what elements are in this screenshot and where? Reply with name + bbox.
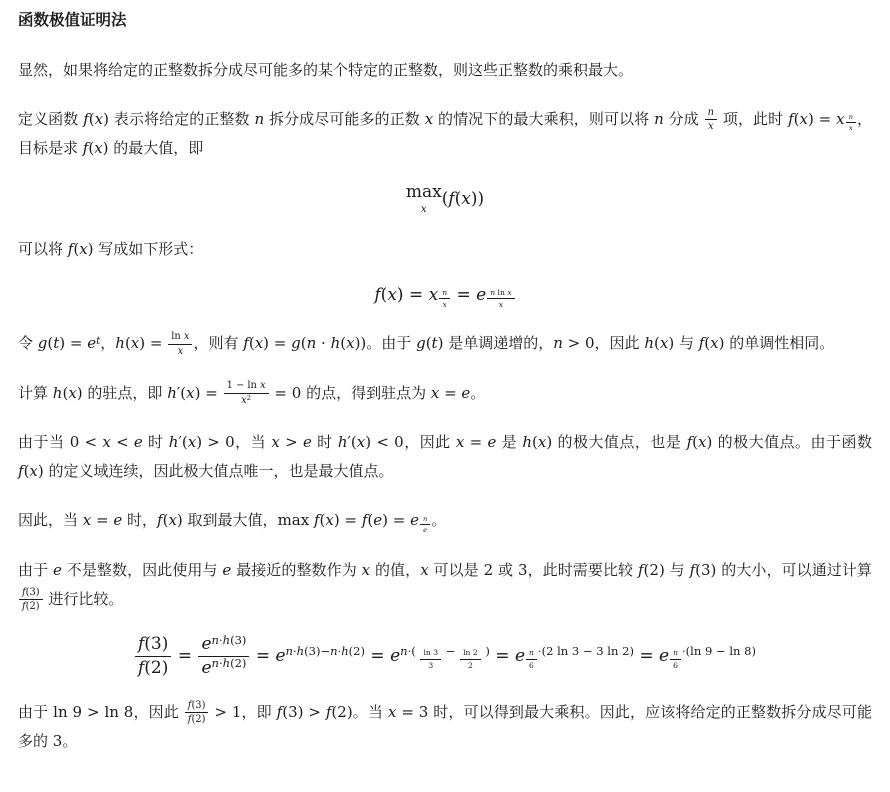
math-superscript: nx xyxy=(438,286,451,309)
text-run: 进行比较。 xyxy=(44,590,124,608)
math-token: ln 2 xyxy=(463,648,478,657)
inline-math: f(3) > f(2) xyxy=(277,703,353,721)
math-token: ln xyxy=(495,288,507,297)
text-run: 与 xyxy=(674,334,699,352)
math-token: (2) xyxy=(331,703,352,721)
inline-math: 3 xyxy=(53,732,63,750)
text-run: 可以是 xyxy=(429,561,484,579)
text-run: 计算 xyxy=(18,384,53,402)
math-superscript: n·h(2) xyxy=(212,658,247,670)
math-token: (2) xyxy=(26,601,40,612)
math-token: h xyxy=(341,644,348,658)
text-run: 定义函数 xyxy=(18,110,83,128)
fraction-numerator: f(3) xyxy=(19,587,43,601)
math-fraction: nx xyxy=(705,107,717,134)
fraction-numerator: en·h(3) xyxy=(198,634,249,656)
text-run: 显然，如果将给定的正整数拆分成尽可能多的某个特定的正整数，则这些正整数的乘积最大… xyxy=(18,61,633,79)
text-run: 或 xyxy=(493,561,518,579)
math-token: > 0 xyxy=(563,334,595,352)
math-token: > 1 xyxy=(209,703,241,721)
text-run: ，则有 xyxy=(193,334,243,352)
fraction-denominator: x2 xyxy=(241,394,251,407)
math-token: < xyxy=(111,433,134,451)
math-token: x xyxy=(168,511,176,529)
math-token: (2) xyxy=(644,561,665,579)
inline-math: h(x) = ln xx xyxy=(115,334,193,352)
inline-math: h′(x) > 0 xyxy=(169,433,235,451)
text-run: 最接近的整数作为 xyxy=(231,561,361,579)
fraction-denominator: x xyxy=(499,299,503,309)
math-token: = 0 xyxy=(270,384,302,402)
math-token: n xyxy=(307,334,317,352)
inline-math: 2 xyxy=(484,561,494,579)
text-run: 的值， xyxy=(370,561,420,579)
inline-math: h′(x) = 1 − ln xx2 = 0 xyxy=(167,384,301,402)
text-run: ，因此 xyxy=(133,703,183,721)
math-token: n xyxy=(849,113,853,121)
math-token: n xyxy=(286,644,293,658)
inline-math: f(3) xyxy=(690,561,717,579)
text-run: 与 xyxy=(665,561,690,579)
text-run: 的极大值点，也是 xyxy=(552,433,686,451)
math-fraction: n6 xyxy=(670,648,681,669)
math-token: e xyxy=(423,526,427,534)
math-token: x xyxy=(178,346,184,357)
math-token: = xyxy=(439,384,461,402)
math-token: e xyxy=(113,511,122,529)
math-token: x xyxy=(429,285,439,305)
math-token: 3 xyxy=(53,732,63,750)
math-token: x xyxy=(83,511,91,529)
math-token: ·(ln 9 − ln 8) xyxy=(682,644,756,658)
math-token: x xyxy=(68,384,76,402)
math-token: (3) > xyxy=(282,703,326,721)
math-token: 2 xyxy=(484,561,494,579)
inline-math: n xyxy=(654,110,664,128)
fraction-denominator: f(2) xyxy=(188,713,206,726)
math-superscript: nx xyxy=(845,112,857,132)
math-token: ) = xyxy=(59,334,87,352)
math-token: h xyxy=(223,656,230,670)
math-superscript: 2 xyxy=(247,395,251,402)
fraction-denominator: 2 xyxy=(468,660,473,670)
fraction-numerator: n xyxy=(420,515,430,525)
math-token: x xyxy=(507,288,511,297)
math-fraction: ln 33 xyxy=(420,648,441,669)
display-math: f(3)f(2) = en·h(3)en·h(2) = en·h(3)−n·h(… xyxy=(18,634,872,678)
math-token: e xyxy=(87,334,96,352)
text-run: 分成 xyxy=(664,110,704,128)
inline-math: f(2) xyxy=(638,561,665,579)
text-run: 时 xyxy=(143,433,169,451)
inline-math: g(t) xyxy=(416,334,443,352)
math-token: ) = xyxy=(334,511,362,529)
math-token: h xyxy=(115,334,125,352)
math-token: (3) xyxy=(144,634,168,654)
math-token: ) = xyxy=(397,285,429,305)
text-run: 拆分成尽可能多的正数 xyxy=(264,110,425,128)
math-token: ′( xyxy=(348,433,357,451)
math-token: e xyxy=(390,646,400,666)
text-run: 的大小，可以通过计算 xyxy=(716,561,872,579)
math-token: ) = xyxy=(195,384,223,402)
inline-math: max f(x) = f(e) = ene xyxy=(278,511,432,529)
math-token: 6 xyxy=(529,661,534,670)
math-token: (2) xyxy=(191,714,205,725)
inline-math: x = 3 xyxy=(388,703,428,721)
fraction-numerator: ln x xyxy=(168,331,192,345)
paragraph: 由于 e 不是整数，因此使用与 e 最接近的整数作为 x 的值，x 可以是 2 … xyxy=(18,556,872,615)
inline-math: n > 0 xyxy=(553,334,594,352)
math-token: = xyxy=(490,646,515,666)
inline-math: n xyxy=(254,110,264,128)
math-token: h xyxy=(297,644,304,658)
text-run: 由于 xyxy=(18,561,53,579)
math-token: n xyxy=(400,644,407,658)
fraction-numerator: n xyxy=(705,107,717,121)
math-token: x xyxy=(102,433,110,451)
math-token: = xyxy=(365,646,390,666)
math-token: h xyxy=(338,433,348,451)
math-token: n xyxy=(254,110,264,128)
math-superscript: n·h(3)−n·h(2) xyxy=(286,646,365,658)
math-token: )) xyxy=(471,189,484,209)
paragraph: 显然，如果将给定的正整数拆分成尽可能多的某个特定的正整数，则这些正整数的乘积最大… xyxy=(18,56,872,85)
math-token: 2 xyxy=(468,661,473,670)
inline-math: f(x) xyxy=(68,240,94,258)
math-token: e xyxy=(222,561,231,579)
math-token: (3)− xyxy=(304,644,330,658)
math-token: 2 xyxy=(247,394,251,402)
math-token: h xyxy=(167,384,177,402)
math-token: x xyxy=(94,139,102,157)
fraction-denominator: x xyxy=(178,345,184,358)
math-token: e xyxy=(275,646,285,666)
math-token: x xyxy=(387,285,397,305)
math-token: x xyxy=(799,110,807,128)
fraction-numerator: ln 3 xyxy=(420,648,441,659)
text-run: ，此时需要比较 xyxy=(527,561,638,579)
text-run: 取到最大值， xyxy=(183,511,278,529)
text-run: 由于 xyxy=(18,703,53,721)
math-token: ) = xyxy=(263,334,291,352)
inline-math: e xyxy=(222,561,231,579)
math-fraction: f(3)f(2) xyxy=(19,587,43,614)
document-body: 显然，如果将给定的正整数拆分成尽可能多的某个特定的正整数，则这些正整数的乘积最大… xyxy=(18,56,872,757)
math-token: > xyxy=(280,433,303,451)
fraction-denominator: f(2) xyxy=(22,600,40,613)
math-token: x xyxy=(836,110,844,128)
underset-subscript: x xyxy=(421,203,427,215)
inline-math: f(x) xyxy=(83,110,109,128)
math-token: e xyxy=(201,634,211,654)
paragraph: 因此，当 x = e 时，f(x) 取到最大值，max f(x) = f(e) … xyxy=(18,506,872,535)
math-token: = xyxy=(634,646,659,666)
math-fraction: ln xx xyxy=(168,331,192,358)
fraction-denominator: 3 xyxy=(428,660,433,670)
text-run: 时， xyxy=(122,511,157,529)
math-token: x xyxy=(184,331,190,342)
math-token: n xyxy=(654,110,664,128)
math-token: x xyxy=(79,240,87,258)
math-token: ′( xyxy=(178,433,187,451)
math-fraction: nx xyxy=(846,113,856,132)
math-token: e xyxy=(515,646,525,666)
math-token: e xyxy=(410,511,419,529)
math-superscript: n·h(3) xyxy=(212,635,247,647)
fraction-denominator: 6 xyxy=(673,660,678,670)
math-token: n xyxy=(330,644,337,658)
fraction-denominator: x xyxy=(708,120,714,133)
math-token: h xyxy=(169,433,179,451)
math-token: g xyxy=(38,334,48,352)
inline-math: f(x) xyxy=(18,462,44,480)
inline-math: 0 < x < e xyxy=(70,433,143,451)
inline-math: h(x) xyxy=(53,384,83,402)
math-token: e xyxy=(373,511,382,529)
math-token: x xyxy=(499,300,503,309)
inline-math: f(x) xyxy=(687,433,713,451)
math-token: x xyxy=(186,384,194,402)
inline-math: f(3)f(2) > 1 xyxy=(184,703,242,721)
math-fraction: nx xyxy=(439,288,450,309)
math-fraction: en·h(3)en·h(2) xyxy=(198,634,249,678)
math-token: h xyxy=(223,633,230,647)
math-token: x xyxy=(255,334,263,352)
text-run: 因此，当 xyxy=(18,511,83,529)
math-token: (3) xyxy=(191,700,205,711)
fraction-numerator: n xyxy=(439,288,450,299)
text-run: 项，此时 xyxy=(718,110,788,128)
math-superscript: n·( ln 33 − ln 22 ) xyxy=(400,646,490,669)
math-fraction: ln 22 xyxy=(460,648,481,669)
math-token: x xyxy=(271,433,279,451)
math-token: · xyxy=(316,334,330,352)
math-token: x xyxy=(425,110,433,128)
inline-math: nx xyxy=(704,110,718,128)
fraction-denominator: f(2) xyxy=(138,657,168,678)
math-token: ·(2 ln 3 − 3 ln 2) xyxy=(538,644,634,658)
math-token: x xyxy=(442,300,446,309)
math-token: ) = xyxy=(808,110,836,128)
fraction-denominator: x xyxy=(442,299,446,309)
paragraph: 可以将 f(x) 写成如下形式： xyxy=(18,235,872,264)
math-token: n xyxy=(442,288,447,297)
math-token: x xyxy=(346,334,354,352)
math-token: e xyxy=(201,658,211,678)
display-math: maxx(f(x)) xyxy=(18,183,872,215)
math-token: ) > 0 xyxy=(196,433,234,451)
math-superscript: ne xyxy=(419,514,431,534)
math-token: h xyxy=(644,334,654,352)
math-token: 6 xyxy=(673,661,678,670)
fraction-denominator: e xyxy=(423,525,427,534)
math-token: ) xyxy=(482,644,490,658)
math-token: (3) xyxy=(26,587,40,598)
math-token: = 3 xyxy=(396,703,428,721)
inline-math: e xyxy=(53,561,62,579)
text-run: ， xyxy=(100,334,115,352)
math-fraction: f(3)f(2) xyxy=(135,634,171,678)
inline-math: f(x) = g(n · h(x)) xyxy=(243,334,366,352)
math-expression: f(3)f(2) = en·h(3)en·h(2) = en·h(3)−n·h(… xyxy=(134,646,756,666)
document: 函数极值证明法 显然，如果将给定的正整数拆分成尽可能多的某个特定的正整数，则这些… xyxy=(0,0,890,792)
math-token: (2) xyxy=(144,658,168,678)
math-token: 1 − ln xyxy=(227,380,261,391)
math-token: g xyxy=(416,334,426,352)
paragraph: 定义函数 f(x) 表示将给定的正整数 n 拆分成尽可能多的正数 x 的情况下的… xyxy=(18,105,872,164)
fraction-numerator: 1 − ln x xyxy=(224,380,269,394)
fraction-numerator: f(3) xyxy=(185,700,209,714)
inline-math: f(x) xyxy=(83,139,109,157)
fraction-numerator: f(3) xyxy=(135,634,171,656)
inline-math: x = e xyxy=(83,511,122,529)
math-token: x xyxy=(461,189,471,209)
math-token: e xyxy=(476,285,486,305)
math-underset: maxx xyxy=(406,183,442,215)
math-token: = xyxy=(464,433,487,451)
math-token: 3 xyxy=(428,661,433,670)
paragraph: 令 g(t) = et，h(x) = ln xx，则有 f(x) = g(n ·… xyxy=(18,329,872,358)
math-token: = xyxy=(91,511,113,529)
math-token: x xyxy=(698,433,706,451)
paragraph: 由于 ln 9 > ln 8，因此 f(3)f(2) > 1，即 f(3) > … xyxy=(18,698,872,757)
text-run: ，因此 xyxy=(595,334,645,352)
inline-math: ln 9 > ln 8 xyxy=(53,703,133,721)
math-token: x xyxy=(362,561,370,579)
display-math: f(x) = xnx = en ln xx xyxy=(18,284,872,309)
math-superscript: n6·(2 ln 3 − 3 ln 2) xyxy=(525,646,634,669)
math-expression: f(x) = xnx = en ln xx xyxy=(374,285,515,305)
math-token: n xyxy=(212,656,219,670)
math-token: x xyxy=(131,334,139,352)
math-token: x xyxy=(325,511,333,529)
text-run: 的单调性相同。 xyxy=(724,334,834,352)
math-token: ) = xyxy=(139,334,167,352)
math-fraction: 1 − ln xx2 xyxy=(224,380,269,407)
math-token: x xyxy=(421,203,427,215)
math-token: n xyxy=(212,633,219,647)
text-run: ，因此 xyxy=(404,433,456,451)
inline-math: x > e xyxy=(271,433,311,451)
text-run: 的点，得到驻点为 xyxy=(301,384,431,402)
math-token: = xyxy=(451,285,476,305)
inline-math: x = e xyxy=(456,433,496,451)
fraction-denominator: x xyxy=(849,123,853,132)
math-token: (3) xyxy=(695,561,716,579)
math-token: ·( xyxy=(408,644,420,658)
math-token: g xyxy=(291,334,301,352)
inline-math: x = e xyxy=(431,384,470,402)
math-token: 0 < xyxy=(70,433,103,451)
math-expression: maxx(f(x)) xyxy=(406,189,484,209)
math-token: x xyxy=(260,380,266,391)
math-token: x xyxy=(708,121,714,132)
text-run: 的最大值，即 xyxy=(109,139,204,157)
inline-math: h(x) xyxy=(522,433,552,451)
text-run: 。 xyxy=(470,384,485,402)
math-token: n xyxy=(529,648,534,657)
text-run: 是单调递增的， xyxy=(443,334,553,352)
fraction-numerator: n ln x xyxy=(487,288,514,299)
inline-math: h′(x) < 0 xyxy=(338,433,404,451)
math-fraction: ne xyxy=(420,515,430,534)
inline-math: g(t) = et xyxy=(38,334,100,352)
inline-math: f(x) = xnx xyxy=(788,110,857,128)
math-token: n xyxy=(708,107,714,118)
text-run: 。 xyxy=(62,732,77,750)
text-run: ，即 xyxy=(241,703,276,721)
math-token: ) < 0 xyxy=(365,433,403,451)
text-run: 的情况下的最大乘积，则可以将 xyxy=(433,110,654,128)
math-fraction: n ln xx xyxy=(487,288,514,309)
math-token: e xyxy=(134,433,143,451)
math-token: x xyxy=(357,433,365,451)
math-fraction: f(3)f(2) xyxy=(185,700,209,727)
math-token: x xyxy=(420,561,428,579)
math-token: e xyxy=(461,384,470,402)
underset-base: max xyxy=(406,183,442,203)
text-run: 表示将给定的正整数 xyxy=(109,110,254,128)
math-token: n xyxy=(673,648,678,657)
math-token: e xyxy=(659,646,669,666)
math-token: ln xyxy=(171,331,184,342)
math-token: (2) xyxy=(349,644,365,658)
math-token: h xyxy=(53,384,63,402)
math-token: max xyxy=(406,182,442,202)
inline-math: f(x) xyxy=(699,334,725,352)
math-token: − xyxy=(442,644,459,658)
math-token: ) = xyxy=(382,511,410,529)
math-token: h xyxy=(331,334,341,352)
math-token: = xyxy=(172,646,197,666)
fraction-denominator: 6 xyxy=(529,660,534,670)
inline-math: f(x) xyxy=(157,511,183,529)
math-token: )) xyxy=(355,334,367,352)
math-token: e xyxy=(53,561,62,579)
math-token: x xyxy=(849,124,853,132)
math-superscript: n ln xx xyxy=(486,286,515,309)
text-run: 是 xyxy=(496,433,522,451)
text-run: 由于当 xyxy=(18,433,70,451)
fraction-numerator: n xyxy=(846,113,856,123)
fraction-numerator: n xyxy=(526,648,537,659)
paragraph: 计算 h(x) 的驻点，即 h′(x) = 1 − ln xx2 = 0 的点，… xyxy=(18,379,872,408)
math-token: x xyxy=(95,110,103,128)
math-superscript: n6·(ln 9 − ln 8) xyxy=(669,646,756,669)
math-token: n xyxy=(423,515,427,523)
inline-math: x xyxy=(362,561,370,579)
fraction-numerator: ln 2 xyxy=(460,648,481,659)
math-fraction: n6 xyxy=(526,648,537,669)
text-run: 。由于 xyxy=(366,334,416,352)
text-run: 的驻点，即 xyxy=(83,384,168,402)
math-token: ln 9 > ln 8 xyxy=(53,703,133,721)
text-run: 可以将 xyxy=(18,240,68,258)
inline-math: x xyxy=(420,561,428,579)
math-token: e xyxy=(303,433,312,451)
text-run: ，当 xyxy=(235,433,272,451)
math-token: max xyxy=(278,511,314,529)
math-token: x xyxy=(29,462,37,480)
math-token: ln 3 xyxy=(423,648,438,657)
math-token: n xyxy=(553,334,563,352)
math-token: x xyxy=(188,433,196,451)
fraction-numerator: n xyxy=(670,648,681,659)
math-token: = xyxy=(250,646,275,666)
text-run: 。当 xyxy=(353,703,388,721)
math-token: x xyxy=(710,334,718,352)
